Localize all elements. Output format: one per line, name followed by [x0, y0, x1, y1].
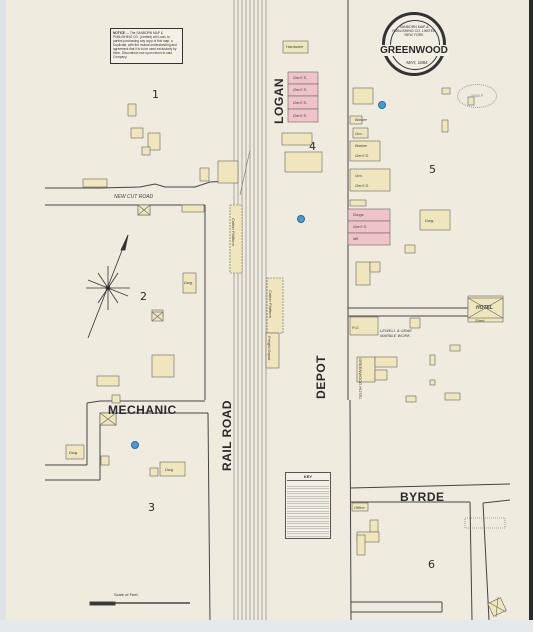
- publisher-seal: SANBORN MAP & PUBLISHING CO. LIMITEDNEW …: [382, 12, 446, 76]
- block-number-5: 5: [429, 163, 437, 176]
- building-dwelling-1: Dwg.: [425, 218, 434, 223]
- block-number-6: 6: [428, 558, 436, 571]
- building-general-store-6: Gen'l S.: [355, 183, 369, 188]
- building-office: Office: [354, 505, 364, 510]
- building-hotel: HOTEL: [476, 305, 493, 311]
- building-cotton-platform-2: Cotton Platform: [268, 290, 273, 318]
- compass-rose-icon: [86, 235, 130, 338]
- seal-city-name: GREENWOOD: [379, 45, 449, 56]
- building-millinery: Mil.: [353, 236, 359, 241]
- key-legend-lines: [287, 484, 329, 539]
- block-number-2: 2: [140, 290, 148, 303]
- seal-date: MAY, 1884: [399, 60, 435, 65]
- building-barber-1: Barber: [355, 117, 367, 122]
- building-cotton-platform-1: Cotton Platform: [231, 218, 236, 246]
- key-title: KEY: [287, 474, 329, 479]
- building-grocery-2: Gro.: [355, 173, 363, 178]
- hydrant-icon: [297, 215, 305, 223]
- building-general-store-4: Gen'l S.: [293, 113, 307, 118]
- building-grocery-1: Gro.: [355, 131, 363, 136]
- street-label-rail-road: RAIL ROAD: [220, 400, 234, 471]
- building-general-store-5: Gen'l S.: [355, 153, 369, 158]
- building-dwelling-4: Dwg.: [165, 467, 174, 472]
- block-number-3: 3: [148, 501, 156, 514]
- building-general-store-2: Gen'l S.: [293, 87, 307, 92]
- building-dwelling-2: Dwg.: [184, 280, 193, 285]
- seal-publisher: SANBORN MAP & PUBLISHING CO. LIMITEDNEW …: [391, 25, 437, 37]
- building-freight-depot: Freight Depot: [267, 336, 272, 360]
- scale-label: Scale of Feet.: [114, 592, 139, 597]
- building-shed: Shed: [475, 318, 484, 323]
- building-hardware: Hardware: [286, 44, 303, 49]
- hydrant-icon: [131, 441, 139, 449]
- map-linework: [0, 0, 533, 632]
- street-label-byrde: BYRDE: [400, 490, 445, 504]
- building-post-office: P.O.: [352, 325, 360, 330]
- notice-box: NOTICE — The SANBORN MAP & PUBLISHING CO…: [110, 28, 183, 64]
- block-number-1: 1: [152, 88, 160, 101]
- building-barber-2: Barber: [355, 143, 367, 148]
- building-dwelling-3: Dwg.: [69, 450, 78, 455]
- building-general-store-3: Gen'l S.: [293, 100, 307, 105]
- archive-stamp: 1043 F: [457, 84, 497, 108]
- hydrant-icon: [378, 101, 386, 109]
- building-marble-works: LEWELL & GRAE MARBLE WORK: [380, 328, 420, 338]
- street-label-mechanic: MECHANIC: [108, 403, 177, 417]
- map-key: KEY: [285, 472, 331, 539]
- building-greenwood-hotel: GREENWOOD HOTEL: [358, 358, 363, 400]
- building-general-store-7: Gen'l S.: [353, 224, 367, 229]
- building-drugs: Drugs: [353, 212, 364, 217]
- street-label-new-cut-road: NEW CUT ROAD: [114, 194, 153, 200]
- street-label-logan: LOGAN: [272, 78, 286, 124]
- block-number-4: 4: [309, 140, 317, 153]
- street-label-depot: DEPOT: [314, 355, 328, 399]
- building-general-store-1: Gen'l S.: [293, 75, 307, 80]
- notice-text: The SANBORN MAP & PUBLISHING CO. (Limite…: [113, 31, 177, 59]
